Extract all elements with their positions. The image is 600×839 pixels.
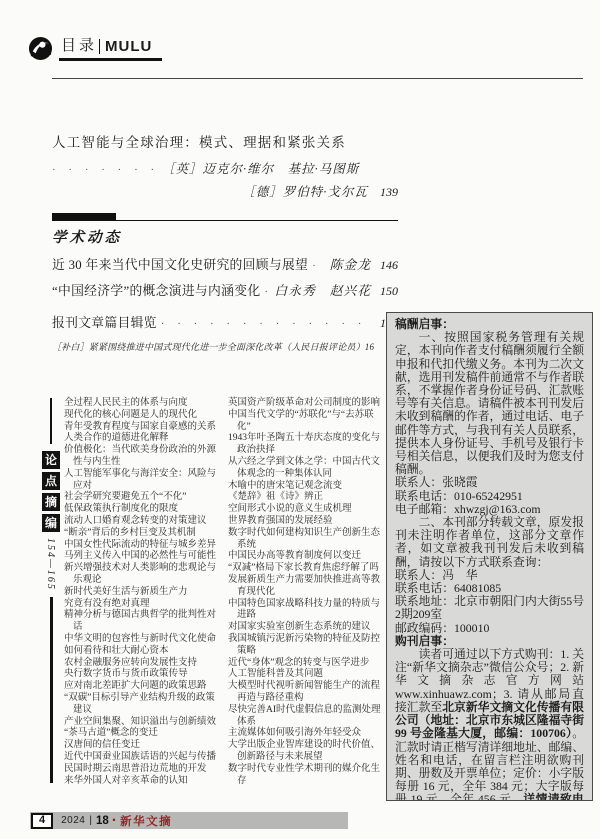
digest-item: 人工智能科普及其问题 bbox=[228, 669, 381, 681]
digest-item: 中国当代文学的“苏联化”与“去苏联化” bbox=[228, 410, 381, 434]
notice-paragraph-1: 一、按照国家税务管理有关规定，本刊向作者支付稿酬须履行全额申报和代扣代缴义务。本… bbox=[395, 331, 584, 476]
digest-item: 农村金融服务应转向发展性支持 bbox=[64, 658, 217, 670]
rail-title-blocks: 论点摘编 bbox=[42, 448, 60, 532]
digest-item: 精神分析与德国古典哲学的批判性对话 bbox=[64, 610, 217, 634]
digest-item: 近代“身体”观念的转变与医学进步 bbox=[228, 658, 381, 670]
feature-authors-line2: ［德］罗伯特·戈尔瓦 139 bbox=[52, 182, 398, 200]
digest-item: 数字时代如何建构知识生产创新生态系统 bbox=[228, 528, 381, 552]
footer-issue-number: 18 bbox=[96, 815, 109, 827]
range-dash: — bbox=[45, 559, 56, 570]
footer-separator: | bbox=[89, 815, 92, 826]
digest-item: 从六经之学到文体之学：中国古代文体观念的一种集体认同 bbox=[228, 457, 381, 481]
logo-text-en: MULU bbox=[105, 38, 152, 55]
academic-section-title: 学术动态 bbox=[52, 226, 398, 247]
contact-line: 联系电话：010-65242951 bbox=[395, 490, 584, 503]
digest-item: 主流媒体如何吸引海外年轻受众 bbox=[228, 728, 381, 740]
digest-item: “断亲”背后的乡村巨变及其机制 bbox=[64, 528, 217, 540]
contact-line: 联系地址：北京市朝阳门内大街55号2期209室 bbox=[395, 595, 584, 621]
digest-item: 大模型时代视听新闻智能生产的流程再造与路径重构 bbox=[228, 681, 381, 705]
catalog-row: 报刊文章篇目辑览 · · · · · · · · · · · · · · · ·… bbox=[52, 312, 398, 331]
entry-title: “中国经济学”的概念演进与内涵变化 bbox=[52, 280, 260, 299]
dot-leader: · · · bbox=[264, 286, 270, 298]
digest-item: 尽快完善AI时代虚假信息的监测处理体系 bbox=[228, 705, 381, 729]
digest-section: 论点摘编 154—165 全过程人民民主的体系与向度现代化的核心问题是人的现代化… bbox=[34, 398, 398, 787]
digest-item: “双碳”目标引导产业结构升级的政策建议 bbox=[64, 693, 217, 717]
notice-paragraph-2: 二、本刊部分转载文章，原发报刊未注明作者单位，这部分文章作者，如文章被我刊刊发后… bbox=[395, 516, 584, 569]
digest-item: 英国资产阶级革命对公司制度的影响 bbox=[228, 398, 381, 410]
digest-item: 现代化的核心问题是人的现代化 bbox=[64, 410, 217, 422]
digest-item: 央行数字货币与货币政策传导 bbox=[64, 669, 217, 681]
logo-lockup: 目录 MULU bbox=[59, 34, 162, 61]
footer-year: 2024 bbox=[61, 815, 85, 826]
page-footer: 4 2024 | 18 · 新华文摘 bbox=[30, 812, 348, 829]
digest-item: 人类合作的道德进化解释 bbox=[64, 433, 217, 445]
feature-authors-1: ［英］迈克尔·维尔 基拉·马图斯 bbox=[162, 159, 359, 177]
digest-item: 《楚辞》祖《诗》辨正 bbox=[228, 492, 381, 504]
footer-dot: · bbox=[112, 812, 117, 830]
digest-item: 究竟有没有绝对真理 bbox=[64, 599, 217, 611]
digest-page-range: 154—165 bbox=[45, 538, 56, 591]
entry-page-number: 146 bbox=[380, 258, 398, 273]
notice-box: 稿酬启事： 一、按照国家税务管理有关规定，本刊向作者支付稿酬须履行全额申报和代扣… bbox=[386, 312, 593, 801]
rail-title-char: 摘 bbox=[42, 493, 60, 511]
digest-item: 数字时代专业性学术期刊的媒介化生存 bbox=[228, 764, 381, 788]
digest-item: “双减”格局下家长教育焦虑纾解了吗 bbox=[228, 563, 381, 575]
academic-entry-row: 近 30 年来当代中国文化史研究的回顾与展望 · · · 陈金龙 146 bbox=[52, 254, 398, 273]
digest-item: 社会学研究要避免五个“不化” bbox=[64, 492, 217, 504]
rail-title-char: 点 bbox=[42, 472, 60, 490]
digest-item: 木喻中的唐宋笔记观念流变 bbox=[228, 481, 381, 493]
logo-text-cn: 目录 bbox=[61, 34, 97, 55]
academic-section: 学术动态 近 30 年来当代中国文化史研究的回顾与展望 · · · 陈金龙 14… bbox=[52, 213, 398, 353]
digest-item: 世界教育强国的发展经验 bbox=[228, 516, 381, 528]
contact-line: 邮政编码：100010 bbox=[395, 622, 584, 635]
entry-authors: 白永秀 赵兴花 bbox=[274, 280, 371, 299]
digest-item: 如何看待和壮大耐心资本 bbox=[64, 646, 217, 658]
digest-item: 马列主义传入中国的必然性与可能性 bbox=[64, 551, 217, 563]
feature-title: 人工智能与全球治理：模式、理据和紧张关系 bbox=[52, 131, 398, 151]
section-divider bbox=[52, 213, 398, 221]
digest-item: 人工智能军事化与海洋安全：风险与应对 bbox=[64, 469, 217, 493]
digest-item: 我国城镇污泥新污染物的特征及防控策略 bbox=[228, 634, 381, 658]
filler-note: ［补白］紧紧围绕推进中国式现代化进一步全面深化改革（人民日报评论员）16 bbox=[52, 340, 398, 353]
digest-item: 汉唐间的信任变迁 bbox=[64, 740, 217, 752]
rail-thick-line bbox=[50, 597, 53, 783]
header-rule bbox=[52, 78, 583, 79]
digest-item: 中华文明的包容性与新时代文化使命 bbox=[64, 634, 217, 646]
digest-item: 价值极化：当代欧美身份政治的外源性与内生性 bbox=[64, 445, 217, 469]
digest-item: 近代中国蚕业国族话语的兴起与传播 bbox=[64, 752, 217, 764]
section-divider-bar bbox=[52, 213, 116, 220]
page-header: 目录 MULU bbox=[28, 34, 162, 61]
digest-item: 青年受教育程度与国家自豪感的关系 bbox=[64, 422, 217, 434]
digest-item: 对国家实验室创新生态系统的建议 bbox=[228, 622, 381, 634]
academic-entry-list: 近 30 年来当代中国文化史研究的回顾与展望 · · · 陈金龙 146 “中国… bbox=[52, 254, 398, 299]
digest-item: 中国民办高等教育制度何以变迁 bbox=[228, 551, 381, 563]
contact-line: 联系人：张晓霞 bbox=[395, 476, 584, 489]
catalog-title: 报刊文章篇目辑览 bbox=[52, 312, 157, 331]
feature-page-number: 139 bbox=[380, 185, 398, 199]
rail-thin-line bbox=[50, 398, 52, 444]
page-number: 4 bbox=[31, 813, 53, 829]
entry-title: 近 30 年来当代中国文化史研究的回顾与展望 bbox=[52, 254, 308, 273]
rail-title-char: 编 bbox=[42, 514, 60, 532]
digest-item: 低保政策执行制度化的限度 bbox=[64, 504, 217, 516]
digest-item: 中国特色国家战略科技力量的特质与进路 bbox=[228, 599, 381, 623]
entry-page-number: 150 bbox=[380, 284, 398, 299]
digest-item: 民国时期云南思普沿边荒地的开发 bbox=[64, 764, 217, 776]
digest-item: 中国女性代际流动的特征与城乡差异 bbox=[64, 540, 217, 552]
academic-entry-row: “中国经济学”的概念演进与内涵变化 · · · 白永秀 赵兴花 150 bbox=[52, 280, 398, 299]
digest-item: 流动人口婚育观念转变的对策建议 bbox=[64, 516, 217, 528]
dot-leader: · · · · · · · · · · · · · · · · · · · · … bbox=[161, 318, 367, 330]
feature-authors-line1: · · · · · · · · · · · · ［英］迈克尔·维尔 基拉·马图斯 bbox=[52, 159, 398, 177]
digest-item: 1943年叶圣陶五十寿庆态度的变化与政治抉择 bbox=[228, 433, 381, 457]
digest-item: 新兴增强技术对人类影响的悲观论与乐观论 bbox=[64, 563, 217, 587]
mulu-logo-icon bbox=[28, 36, 53, 61]
feature-entry: 人工智能与全球治理：模式、理据和紧张关系 · · · · · · · · · ·… bbox=[52, 131, 398, 200]
digest-item: “茶马古道”概念的变迁 bbox=[64, 728, 217, 740]
digest-item: 来华外国人对辛亥革命的认知 bbox=[64, 776, 217, 788]
dot-leader: · · · · · · · · · · · · bbox=[52, 164, 162, 176]
entry-authors: 陈金龙 bbox=[330, 254, 371, 273]
footer-brand: 新华文摘 bbox=[120, 813, 172, 829]
rail-title-char: 论 bbox=[42, 451, 60, 469]
digest-right-column: 英国资产阶级革命对公司制度的影响中国当代文学的“苏联化”与“去苏联化”1943年… bbox=[228, 398, 381, 787]
digest-item: 空间形式小说的意义生成机理 bbox=[228, 504, 381, 516]
digest-item: 应对南北差距扩大问题的政策思路 bbox=[64, 681, 217, 693]
digest-left-column: 全过程人民民主的体系与向度现代化的核心问题是人的现代化青年受教育程度与国家自豪感… bbox=[64, 398, 217, 787]
digest-item: 全过程人民民主的体系与向度 bbox=[64, 398, 217, 410]
feature-authors-2: ［德］罗伯特·戈尔瓦 bbox=[242, 185, 368, 199]
digest-rail: 论点摘编 154—165 bbox=[34, 398, 64, 787]
digest-item: 发展新质生产力需要加快推进高等教育现代化 bbox=[228, 575, 381, 599]
digest-item: 产业空间集聚、知识溢出与创新绩效 bbox=[64, 717, 217, 729]
digest-item: 大学出版企业智库建设的时代价值、创新路径与未来展望 bbox=[228, 740, 381, 764]
purchase-paragraph: 读者可通过以下方式购刊：1. 关注“新华文摘杂志”微信公众号；2. 新华文摘杂志… bbox=[395, 648, 584, 801]
digest-item: 新时代美好生活与新质生产力 bbox=[64, 587, 217, 599]
dot-leader: · · · bbox=[312, 260, 325, 272]
contact-block-2: 联系人：冯 华联系电话：64081085联系地址：北京市朝阳门内大街55号2期2… bbox=[395, 569, 584, 635]
contact-block-1: 联系人：张晓霞联系电话：010-65242951电子邮箱：xhwzgj@163.… bbox=[395, 476, 584, 516]
range-start: 154 bbox=[45, 538, 56, 559]
range-end: 165 bbox=[45, 570, 56, 591]
logo-separator bbox=[99, 39, 100, 54]
toc-page: 目录 MULU 人工智能与全球治理：模式、理据和紧张关系 · · · · · ·… bbox=[0, 0, 600, 839]
